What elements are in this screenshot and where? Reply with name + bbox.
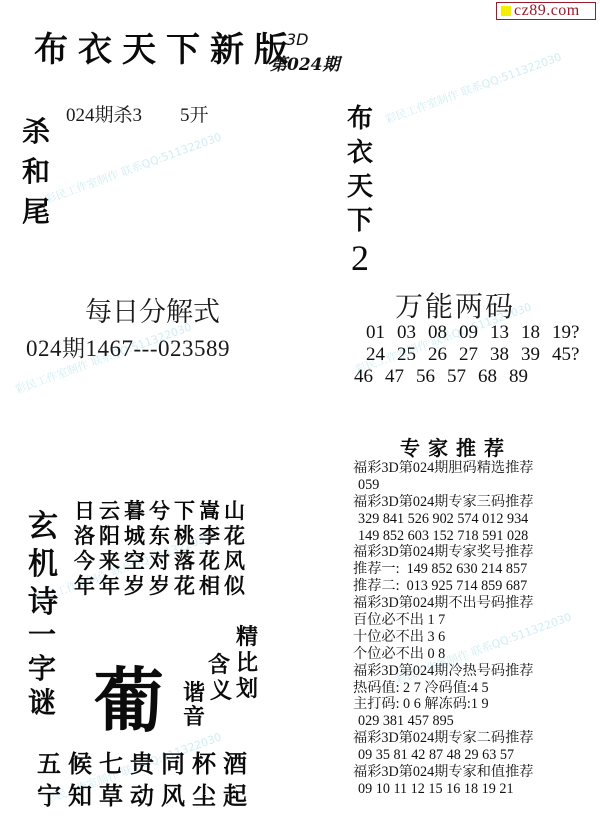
- label-char: 一: [28, 618, 56, 652]
- watermark: 彩民工作室制作 联系QQ:511322030: [43, 129, 224, 208]
- expert-line: 福彩3D第024期冷热号码推荐: [353, 663, 598, 680]
- code-cell: 01: [366, 322, 397, 344]
- issue-label: 第024期: [270, 50, 340, 75]
- kill-vertical-label: 杀 和 尾: [22, 112, 50, 232]
- site-logo[interactable]: cz89.com: [496, 2, 596, 20]
- code-cell: 19?: [552, 322, 583, 344]
- expert-line: 329 841 526 902 574 012 934: [353, 511, 598, 528]
- riddle-hint: 划: [236, 672, 258, 703]
- expert-line: 福彩3D第024期不出号码推荐: [353, 595, 598, 612]
- label-char: 天: [347, 170, 373, 204]
- buyi-number: 2: [351, 238, 369, 278]
- expert-line: 百位必不出 1 7: [353, 612, 598, 629]
- couplet: 五候七贵同杯酒 宁知草动风尘起: [37, 748, 254, 812]
- poem-line: 年年岁岁花相似: [74, 573, 249, 598]
- buyi-vertical-label: 布 衣 天 下 2: [347, 102, 373, 278]
- label-char: 字: [28, 652, 56, 686]
- code-cell: 68: [478, 366, 509, 388]
- kill-line: 024期杀35开: [66, 100, 209, 127]
- couplet-line: 五候七贵同杯酒: [37, 748, 254, 780]
- code-cell: 26: [428, 344, 459, 366]
- logo-text: cz89.com: [514, 2, 580, 20]
- riddle-character: 葡: [94, 645, 164, 746]
- expert-line: 主打码: 0 6 解冻码:1 9: [353, 696, 598, 713]
- code-cell: 56: [416, 366, 447, 388]
- daily-line: 024期1467---023589: [26, 330, 230, 363]
- label-char: 尾: [22, 192, 50, 232]
- daily-title: 每日分解式: [85, 290, 220, 329]
- expert-line: 福彩3D第024期专家三码推荐: [353, 494, 598, 511]
- label-char: 衣: [347, 136, 373, 170]
- wanneng-row: 464756576889: [354, 366, 583, 388]
- code-cell: 24: [366, 344, 397, 366]
- poem-lines: 日云暮兮下嵩山 洛阳城东桃李花 今来空对落花风 年年岁岁花相似: [74, 498, 249, 598]
- code-cell: 38: [490, 344, 521, 366]
- riddle-hint: 义: [210, 674, 232, 705]
- expert-line: 福彩3D第024期专家二码推荐: [353, 730, 598, 747]
- label-char: 下: [347, 204, 373, 238]
- watermark: 彩民工作室制作 联系QQ:511322030: [383, 49, 564, 128]
- expert-line: 推荐一: 149 852 630 214 857: [353, 561, 598, 578]
- code-cell: 45?: [552, 344, 583, 366]
- wanneng-title: 万能两码: [395, 285, 515, 325]
- wanneng-row: 24252627383945?: [354, 344, 583, 366]
- edition-label: 3D: [286, 30, 309, 49]
- label-char: 杀: [22, 112, 50, 152]
- label-char: 玄: [28, 508, 58, 546]
- logo-square-icon: [501, 6, 511, 16]
- poem-line: 洛阳城东桃李花: [74, 523, 249, 548]
- code-cell: 89: [509, 366, 540, 388]
- label-char: 机: [28, 546, 58, 584]
- couplet-line: 宁知草动风尘起: [37, 780, 254, 812]
- page-title: 布衣天下新版: [34, 22, 298, 71]
- expert-line: 推荐二: 013 925 714 859 687: [353, 578, 598, 595]
- kill-line-right: 5开: [180, 105, 209, 126]
- riddle-vertical-label: 一 字 谜: [28, 618, 56, 720]
- expert-line: 福彩3D第024期专家奖号推荐: [353, 544, 598, 561]
- poem-vertical-label: 玄 机 诗: [28, 508, 58, 622]
- expert-line: 十位必不出 3 6: [353, 629, 598, 646]
- wanneng-row: 01030809131819?: [354, 322, 583, 344]
- expert-line: 福彩3D第024期胆码精选推荐: [353, 460, 598, 477]
- label-char: 布: [347, 102, 373, 136]
- expert-line: 09 35 81 42 87 48 29 63 57: [353, 747, 598, 764]
- code-cell: 39: [521, 344, 552, 366]
- code-cell: 57: [447, 366, 478, 388]
- kill-line-left: 024期杀3: [66, 105, 142, 126]
- expert-line: 个位必不出 0 8: [353, 646, 598, 663]
- code-cell: 47: [385, 366, 416, 388]
- expert-line: 福彩3D第024期专家和值推荐: [353, 764, 598, 781]
- expert-title: 专家推荐: [400, 432, 512, 461]
- poem-line: 日云暮兮下嵩山: [74, 498, 249, 523]
- expert-line: 09 10 11 12 15 16 18 19 21: [353, 781, 598, 798]
- expert-line: 热码值: 2 7 冷码值:4 5: [353, 680, 598, 697]
- riddle-hint: 音: [183, 700, 205, 731]
- expert-list: 福彩3D第024期胆码精选推荐059福彩3D第024期专家三码推荐329 841…: [353, 460, 598, 798]
- expert-line: 029 381 457 895: [353, 713, 598, 730]
- label-char: 和: [22, 152, 50, 192]
- code-cell: 08: [428, 322, 459, 344]
- code-cell: 25: [397, 344, 428, 366]
- code-cell: 03: [397, 322, 428, 344]
- expert-line: 059: [353, 477, 598, 494]
- expert-line: 149 852 603 152 718 591 028: [353, 528, 598, 545]
- code-cell: 18: [521, 322, 552, 344]
- label-char: 诗: [28, 584, 58, 622]
- code-cell: 09: [459, 322, 490, 344]
- code-cell: 46: [354, 366, 385, 388]
- label-char: 谜: [28, 686, 56, 720]
- code-cell: 27: [459, 344, 490, 366]
- code-cell: 13: [490, 322, 521, 344]
- poem-line: 今来空对落花风: [74, 548, 249, 573]
- wanneng-grid: 01030809131819? 24252627383945? 46475657…: [354, 322, 583, 388]
